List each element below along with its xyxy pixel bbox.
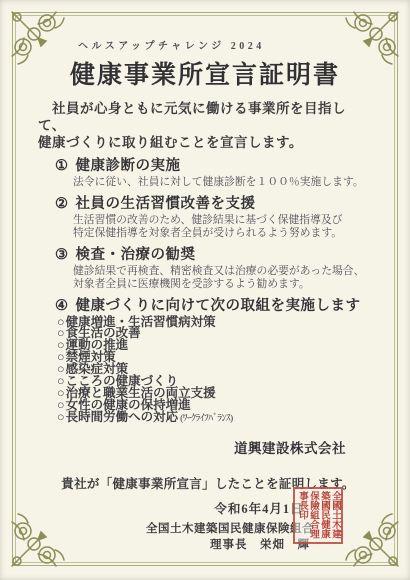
section-number: ④ <box>55 298 69 314</box>
description-line: 生活習慣の改善のため、健診結果に基づく保健指導及び <box>73 214 398 228</box>
certificate-title: 健康事業所宣言証明書 <box>12 55 398 91</box>
section-number: ① <box>55 158 69 174</box>
section-heading-text: 社員の生活習慣改善を支援 <box>76 196 256 212</box>
certificate-content: ヘルスアップチャレンジ 2024 健康事業所宣言証明書 社員が心身ともに元気に働… <box>12 12 398 552</box>
section-heading: ④健康づくりに向けて次の取組を実施します <box>55 297 398 315</box>
intro-line-2: 健康づくりに取り組むことを宣言します。 <box>38 135 303 150</box>
description-line: 特定保健指導を対象者全員が受けられるよう努めます。 <box>73 227 398 241</box>
section-number: ③ <box>55 247 69 263</box>
intro-line-1: 社員が心身ともに元気に働ける事業所を目指して、 <box>38 101 346 133</box>
initiatives-list: ○健康増進・生活習慣病対策 ○食生活の改善 ○運動の推進 ○禁煙対策 ○感染症対… <box>57 317 398 426</box>
certificate-page: ヘルスアップチャレンジ 2024 健康事業所宣言証明書 社員が心身ともに元気に働… <box>0 0 410 580</box>
section-heading: ②社員の生活習慣改善を支援 <box>55 195 398 213</box>
list-item-label: 長時間労働への対応 <box>66 410 179 424</box>
section-health-checkup: ①健康診断の実施 法令に従い、社員に対して健康診断を１００％実施します。 <box>55 157 398 190</box>
section-heading-text: 検査・治療の勧奨 <box>76 247 196 263</box>
section-heading-text: 健康診断の実施 <box>76 158 181 174</box>
description-line: 健診結果で再検査、精密検査又は治療の必要があった場合、 <box>73 265 398 279</box>
declaration-intro: 社員が心身ともに元気に働ける事業所を目指して、健康づくりに取り組むことを宣言しま… <box>38 100 372 151</box>
company-name: 道興建設株式会社 <box>12 437 346 457</box>
circle-bullet: ○ <box>57 410 65 424</box>
section-heading-text: 健康づくりに向けて次の取組を実施します <box>76 298 361 314</box>
description-line: 対象者全員に医療機関を受診するよう勧めます。 <box>73 278 398 292</box>
section-description: 健診結果で再検査、精密検査又は治療の必要があった場合、対象者全員に医療機関を受診… <box>73 265 398 292</box>
section-description: 生活習慣の改善のため、健診結果に基づく保健指導及び特定保健指導を対象者全員が受け… <box>73 214 398 241</box>
official-seal: 全國土木建築國民健康保險組合理事長印 <box>293 487 343 544</box>
section-heading: ③検査・治療の勧奨 <box>55 246 398 264</box>
section-initiatives: ④健康づくりに向けて次の取組を実施します <box>55 297 398 315</box>
seal-text: 全國土木建築國民健康保險組合理事長印 <box>296 491 340 540</box>
section-number: ② <box>55 196 69 212</box>
section-exam-treatment: ③検査・治療の勧奨 健診結果で再検査、精密検査又は治療の必要があった場合、対象者… <box>55 246 398 292</box>
section-lifestyle-support: ②社員の生活習慣改善を支援 生活習慣の改善のため、健診結果に基づく保健指導及び特… <box>55 195 398 241</box>
program-subtitle: ヘルスアップチャレンジ 2024 <box>12 12 398 52</box>
list-item-note: (ﾜｰｸﾗｲﾌﾊﾞﾗﾝｽ) <box>180 414 233 424</box>
section-description: 法令に従い、社員に対して健康診断を１００％実施します。 <box>73 176 398 190</box>
section-heading: ①健康診断の実施 <box>55 157 398 175</box>
list-item: ○長時間労働への対応(ﾜｰｸﾗｲﾌﾊﾞﾗﾝｽ) <box>57 412 398 426</box>
description-line: 法令に従い、社員に対して健康診断を１００％実施します。 <box>73 176 398 190</box>
